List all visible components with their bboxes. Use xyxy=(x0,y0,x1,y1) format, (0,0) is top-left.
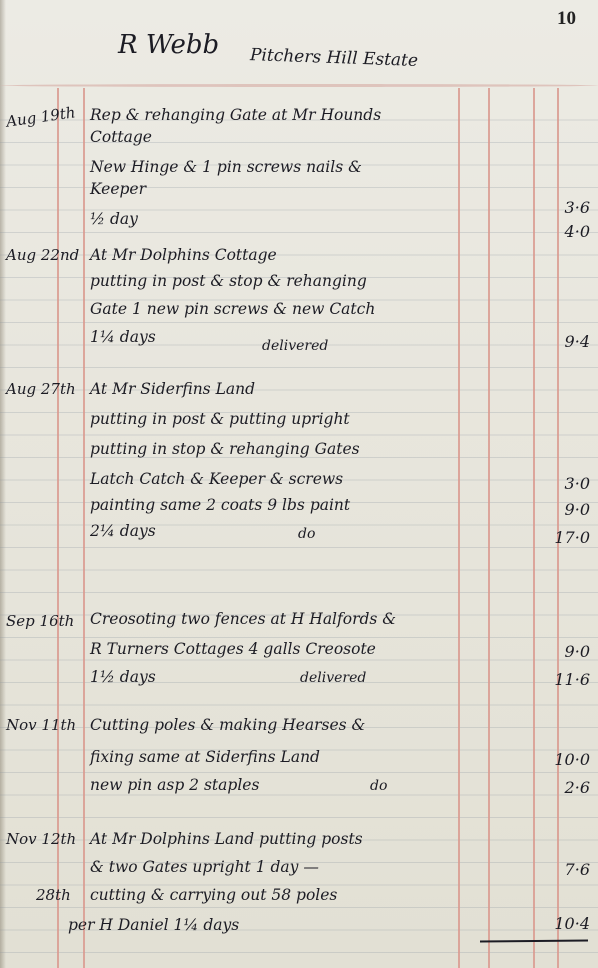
entry-line: Latch Catch & Keeper & screws xyxy=(90,470,343,488)
entry-line: At Mr Siderfins Land xyxy=(90,380,255,398)
entry-line: per H Daniel 1¼ days xyxy=(68,916,239,934)
entry-line: painting same 2 coats 9 lbs paint xyxy=(90,496,350,514)
entry-line: ½ day xyxy=(90,210,138,228)
page-number: 10 xyxy=(557,8,576,30)
entry-line: R Turners Cottages 4 galls Creosote xyxy=(90,640,376,658)
entry-date: Sep 16th xyxy=(6,612,74,630)
entry-amount: 10·4 xyxy=(530,914,590,933)
entry-line: & two Gates upright 1 day — xyxy=(90,858,319,876)
entry-amount: 7·6 xyxy=(530,860,590,879)
entry-amount: 9·4 xyxy=(530,332,590,351)
entry-line: new pin asp 2 staples xyxy=(90,776,259,794)
entry-amount: 10·0 xyxy=(530,750,590,769)
entry-line: Creosoting two fences at H Halfords & xyxy=(90,610,396,628)
entry-date: Aug 22nd xyxy=(6,246,79,264)
pounds-column-rule-right xyxy=(488,88,490,968)
entry-line: putting in post & stop & rehanging xyxy=(90,272,367,290)
entry-line: Rep & rehanging Gate at Mr Hounds xyxy=(90,106,381,124)
account-name: R Webb xyxy=(118,30,219,60)
entry-date: 28th xyxy=(36,886,71,904)
entry-line: Gate 1 new pin screws & new Catch xyxy=(90,300,375,318)
entry-note: do xyxy=(370,778,387,794)
entry-amount: 3·6 xyxy=(530,198,590,217)
entry-line: fixing same at Siderfins Land xyxy=(90,748,320,766)
entry-note: do xyxy=(298,526,315,542)
entry-amount: 9·0 xyxy=(530,500,590,519)
entry-line: Cutting poles & making Hearses & xyxy=(90,716,365,734)
entry-line: Cottage xyxy=(90,128,152,146)
description-column-rule xyxy=(83,88,85,968)
entry-line: cutting & carrying out 58 poles xyxy=(90,886,337,904)
entry-date: Nov 12th xyxy=(6,830,76,848)
pounds-column-rule-left xyxy=(458,88,460,968)
entry-line: At Mr Dolphins Cottage xyxy=(90,246,277,264)
entry-date: Aug 27th xyxy=(6,380,76,398)
entry-line: putting in post & putting upright xyxy=(90,410,350,428)
ledger-page: 10 R Webb Pitchers Hill Estate Aug 19th … xyxy=(0,0,598,968)
estate-name: Pitchers Hill Estate xyxy=(250,45,419,71)
entry-amount: 9·0 xyxy=(530,642,590,661)
entry-line: New Hinge & 1 pin screws nails & xyxy=(90,158,362,176)
entry-line: At Mr Dolphins Land putting posts xyxy=(90,830,363,848)
header-rule xyxy=(0,84,598,87)
entry-amount: 2·6 xyxy=(530,778,590,797)
entry-amount: 17·0 xyxy=(530,528,590,547)
entry-amount: 11·6 xyxy=(530,670,590,689)
entry-line: 2¼ days xyxy=(90,522,156,540)
entry-note: delivered xyxy=(262,338,328,354)
entry-line: Keeper xyxy=(90,180,146,198)
entry-line: 1½ days xyxy=(90,668,156,686)
entry-line: 1¼ days xyxy=(90,328,156,346)
entry-note: delivered xyxy=(300,670,366,686)
entry-amount: 3·0 xyxy=(530,474,590,493)
entry-amount: 4·0 xyxy=(530,222,590,241)
entry-date: Nov 11th xyxy=(6,716,76,734)
entry-line: putting in stop & rehanging Gates xyxy=(90,440,360,458)
